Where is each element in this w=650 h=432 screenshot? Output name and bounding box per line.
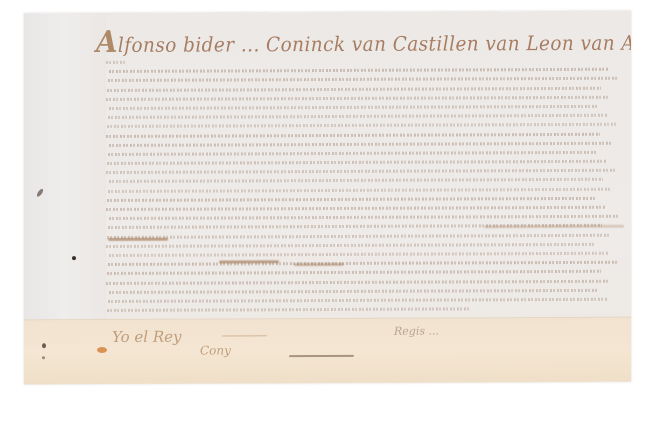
signature-left-sub: Cony bbox=[200, 343, 231, 357]
document-heading: Alfonso bider ... Coninck van Castillen … bbox=[96, 23, 584, 59]
manuscript-body bbox=[106, 55, 626, 317]
signature-right: Regis ... bbox=[394, 325, 439, 338]
ink-streak bbox=[108, 238, 168, 241]
seal-hole bbox=[42, 356, 45, 359]
ink-dot bbox=[72, 256, 76, 260]
wax-seal-remnant bbox=[97, 347, 107, 353]
manuscript-line bbox=[106, 57, 127, 66]
signature-rule bbox=[222, 335, 267, 336]
ink-streak bbox=[484, 225, 624, 229]
manuscript-line bbox=[107, 303, 471, 314]
bottom-fold-plica: Yo el Rey Cony Regis ... bbox=[24, 317, 631, 385]
paraph-stroke bbox=[289, 355, 354, 357]
ink-streak bbox=[294, 263, 344, 266]
heading-initial: A bbox=[96, 25, 118, 60]
heading-text: lfonso bider ... Coninck van Castillen v… bbox=[118, 30, 631, 57]
left-margin bbox=[24, 13, 106, 319]
signature-left: Yo el Rey bbox=[112, 328, 182, 346]
seal-hole bbox=[42, 343, 46, 348]
ink-streak bbox=[219, 260, 279, 263]
manuscript-sheet: Alfonso bider ... Coninck van Castillen … bbox=[24, 11, 631, 385]
